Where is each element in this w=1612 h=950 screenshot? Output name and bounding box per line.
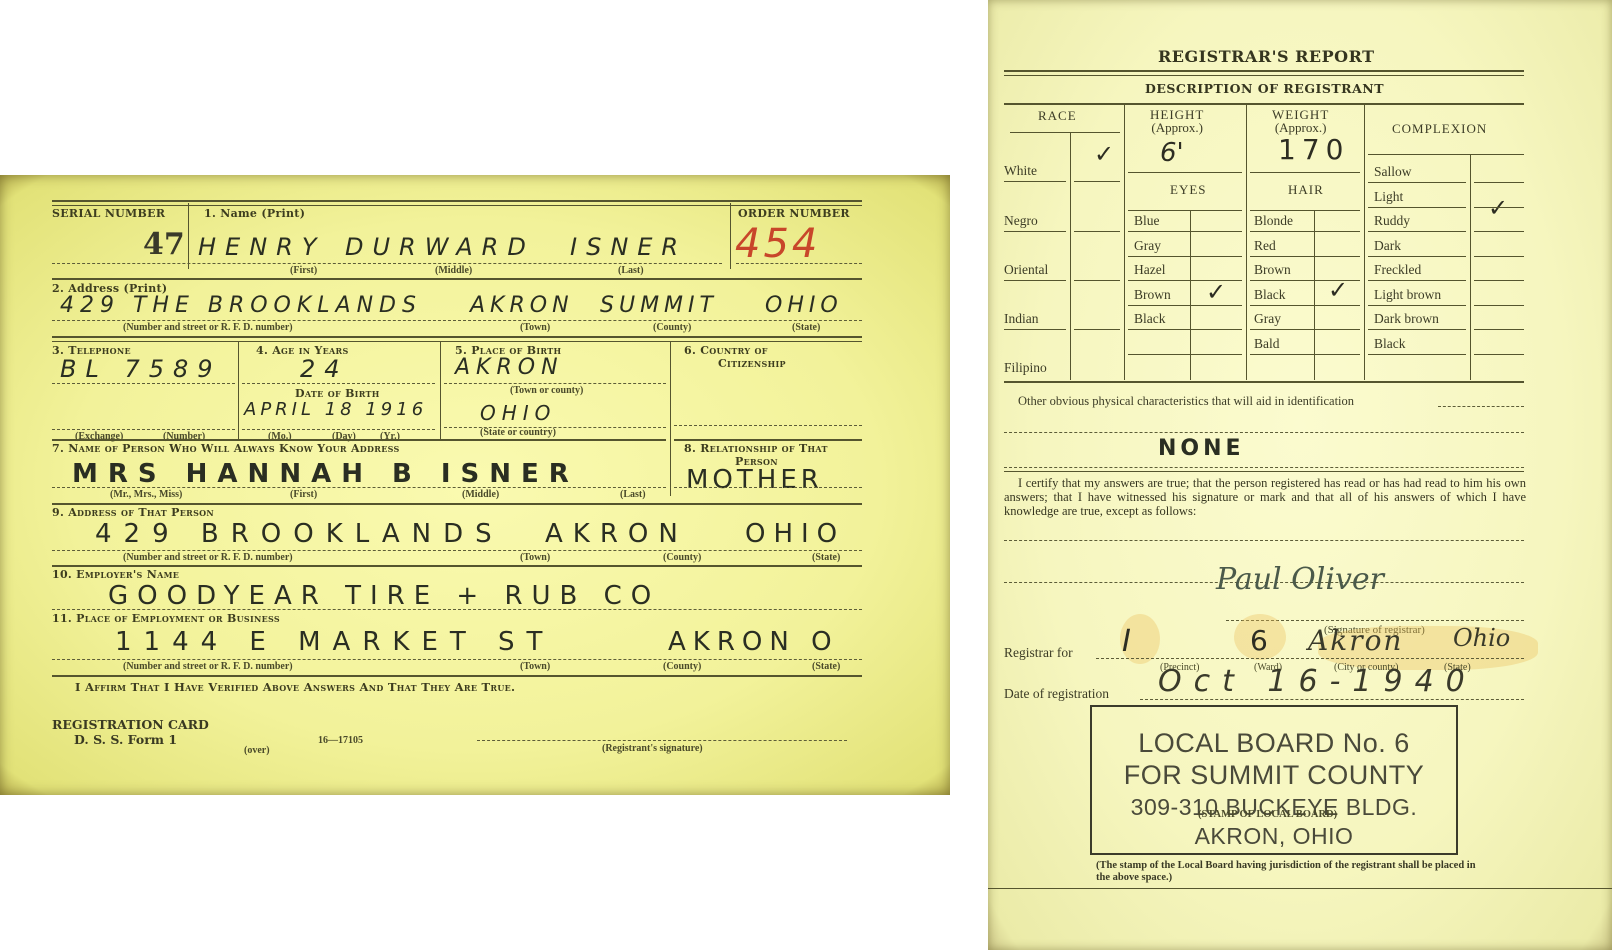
sub-county: (County) [653,322,691,333]
race-negro: Negro [1004,213,1038,229]
divider [1004,432,1524,433]
registrar-state: Ohio [1453,624,1510,652]
divider [238,341,239,441]
divider [1368,354,1466,355]
hair-gray: Gray [1254,311,1281,327]
divider [674,425,862,426]
divider [52,383,235,384]
divider [52,503,862,505]
employment-street: 1144 E MARKET ST [115,627,554,657]
over-label: (over) [244,745,270,756]
divider [1004,471,1524,472]
divider [1250,305,1360,306]
sub-title: (Mr., Mrs., Miss) [110,489,182,500]
relationship-value: MOTHER [686,465,823,495]
sub-state: (State) [812,661,840,672]
height-sub-label: (Approx.) [1150,121,1204,134]
order-number-label: ORDER NUMBER [738,207,850,220]
registrant-signature-line [477,740,847,741]
height-header: HEIGHT (Approx.) [1150,108,1204,134]
divider [1368,329,1466,330]
registrar-city: Akron [1308,624,1403,657]
relationship-label-1: 8. Relationship of That [684,442,828,455]
divider [1250,280,1360,281]
divider [1010,132,1120,133]
place-of-birth-state: OHIO [480,401,556,425]
divider [1096,658,1524,659]
telephone-value: BL 7589 [60,355,222,383]
sub-town: (Town) [520,322,550,333]
eyes-gray: Gray [1134,238,1161,254]
divider [1250,256,1360,257]
complexion-black: Black [1374,336,1406,352]
divider [1250,172,1360,173]
divider [1128,172,1242,173]
divider [1474,207,1524,208]
divider [1124,104,1125,380]
divider [1368,182,1466,183]
eyes-blue: Blue [1134,213,1160,229]
employment-town: AKRON O [668,627,839,657]
divider [242,383,435,384]
affirmation-text: I Affirm That I Have Verified Above Answ… [75,680,515,694]
stamp-text: LOCAL BOARD No. 6 FOR SUMMIT COUNTY 309-… [1092,727,1456,849]
employer-label: 10. Employer's Name [52,568,179,581]
divider [1474,231,1524,232]
sub-last: (Last) [618,265,644,276]
divider [1074,329,1120,330]
divider [1474,256,1524,257]
top-rule [52,200,862,206]
divider [52,565,862,567]
divider [1246,104,1247,380]
other-characteristics-value: NONE [1158,436,1245,461]
race-header: RACE [1038,108,1077,124]
registrar-ward: 6 [1250,624,1268,657]
eyes-header: EYES [1170,182,1207,198]
divider [1004,329,1066,330]
address-state: OHIO [765,293,843,318]
weight-value: 170 [1278,133,1349,166]
other-characteristics-label: Other obvious physical characteristics t… [1018,394,1354,409]
sub-street: (Number and street or R. F. D. number) [123,661,293,672]
registrar-precinct: I [1122,624,1131,659]
divider [1250,329,1360,330]
divider [1250,210,1360,211]
divider [1004,540,1524,541]
divider [1474,280,1524,281]
registrar-signature: Paul Oliver [1216,562,1384,597]
stamp-note: (The stamp of the Local Board having jur… [1096,860,1476,884]
sub-town-county: (Town or county) [510,385,583,396]
hair-blonde: Blonde [1254,213,1293,229]
divider [736,263,862,264]
dob-value: APRIL 18 1916 [244,399,427,420]
race-oriental: Oriental [1004,262,1048,278]
report-title: REGISTRAR'S REPORT [1158,47,1375,66]
divider [52,550,862,551]
sub-street: (Number and street or R. F. D. number) [123,322,293,333]
complexion-header: COMPLEXION [1392,121,1487,137]
divider [444,383,666,384]
divider [52,487,666,488]
report-subtitle: DESCRIPTION OF REGISTRANT [1145,81,1384,96]
sub-town: (Town) [520,661,550,672]
address-town: AKRON [470,293,574,318]
height-value: 6' [1160,138,1184,168]
stamp-label: (STAMP OF LOCAL BOARD) [1198,809,1337,820]
certification-text: I certify that my answers are true; that… [1004,476,1526,518]
divider [52,675,862,677]
stamp-line-1: LOCAL BOARD No. 6 [1092,727,1456,759]
divider [52,336,862,342]
divider [1004,103,1524,105]
sub-first: (First) [290,489,317,500]
stamp-line-4: AKRON, OHIO [1092,823,1456,849]
divider [1368,231,1466,232]
print-code: 16—17105 [318,735,363,746]
divider [1004,231,1066,232]
check-mark-icon: ✓ [1206,278,1226,306]
divider [1128,354,1242,355]
divider [1438,406,1524,407]
complexion-light: Light [1374,189,1403,205]
hair-black: Black [1254,287,1286,303]
divider [52,429,235,430]
citizenship-label-1: 6. Country of [684,344,768,357]
divider [1128,305,1242,306]
divider [1074,231,1120,232]
race-indian: Indian [1004,311,1039,327]
divider [1128,280,1242,281]
eyes-black: Black [1134,311,1166,327]
complexion-dark-brown: Dark brown [1374,311,1439,327]
divider [440,341,441,441]
local-board-stamp-box: LOCAL BOARD No. 6 FOR SUMMIT COUNTY 309-… [1090,705,1458,855]
date-of-registration-label: Date of registration [1004,686,1109,702]
divider [52,320,862,321]
employment-place-label: 11. Place of Employment or Business [52,612,280,625]
address-street: 429 THE BROOKLANDS [60,293,422,318]
divider [1004,280,1066,281]
sub-middle: (Middle) [462,489,499,500]
address-county: SUMMIT [600,293,718,318]
divider [1128,256,1242,257]
name-label: 1. Name (Print) [204,207,305,220]
divider [52,659,862,660]
sub-middle: (Middle) [435,265,472,276]
sub-county: (County) [663,661,701,672]
sub-last: (Last) [620,489,646,500]
divider [1474,182,1524,183]
hair-bald: Bald [1254,336,1280,352]
sub-state: (State) [792,322,820,333]
place-of-birth-town: AKRON [455,355,564,380]
divider [1368,256,1466,257]
contact-address-state: OHIO [745,519,845,549]
divider [1140,699,1524,700]
divider [242,429,435,430]
registrant-signature-label: (Registrant's signature) [602,743,703,754]
registrar-for-label: Registrar for [1004,645,1073,661]
hair-brown: Brown [1254,262,1291,278]
race-white: White [1004,163,1037,179]
contact-person-label: 7. Name of Person Who Will Always Know Y… [52,442,400,455]
divider [1364,104,1365,380]
check-mark-icon: ✓ [1488,194,1508,222]
contact-address-town: AKRON [545,519,688,549]
divider [674,439,862,441]
complexion-freckled: Freckled [1374,262,1421,278]
eyes-brown: Brown [1134,287,1171,303]
complexion-light-brown: Light brown [1374,287,1441,303]
complexion-sallow: Sallow [1374,164,1412,180]
divider [1250,354,1360,355]
check-mark-icon: ✓ [1094,140,1114,168]
eyes-hazel: Hazel [1134,262,1165,278]
divider [1368,154,1524,155]
divider [1250,231,1360,232]
stamp-line-2: FOR SUMMIT COUNTY [1092,759,1456,791]
divider [988,888,1612,889]
divider [1470,155,1471,380]
divider [1004,381,1524,383]
divider [52,439,666,441]
form-id: D. S. S. Form 1 [74,732,177,747]
sub-county: (County) [663,552,701,563]
divider [674,487,862,488]
sub-state: (State) [812,552,840,563]
divider [1070,133,1071,380]
divider [1368,207,1466,208]
divider [1128,329,1242,330]
divider [1474,305,1524,306]
divider [1368,280,1466,281]
sub-state-country: (State or country) [480,427,556,438]
registrars-report-back: REGISTRAR'S REPORT DESCRIPTION OF REGIST… [988,0,1612,950]
divider [1128,231,1242,232]
name-middle: DURWARD [345,233,535,261]
divider [670,341,671,496]
contact-person-value: MRS HANNAH B ISNER [72,459,579,489]
divider [1474,354,1524,355]
divider [1074,181,1120,182]
divider [1368,305,1466,306]
hair-header: HAIR [1288,182,1324,198]
divider [1128,210,1242,211]
order-number-value: 454 [735,221,820,267]
race-filipino: Filipino [1004,360,1047,376]
divider [1004,70,1524,76]
sub-street: (Number and street or R. F. D. number) [123,552,293,563]
divider [1004,467,1524,468]
age-value: 24 [300,355,349,383]
divider [730,203,731,269]
date-of-registration-value: Oct 16-1940 [1158,664,1477,699]
divider [52,263,722,264]
registration-card-front: SERIAL NUMBER 47 1. Name (Print) HENRY D… [0,175,950,795]
complexion-ruddy: Ruddy [1374,213,1410,229]
name-last: ISNER [570,233,687,261]
divider [52,278,862,280]
weight-header: WEIGHT (Approx.) [1272,108,1329,134]
serial-number-label: SERIAL NUMBER [52,207,165,220]
contact-address-label: 9. Address of That Person [52,506,214,519]
hair-red: Red [1254,238,1276,254]
divider [1074,280,1120,281]
contact-address-street: 429 BROOKLANDS [95,519,504,549]
employer-value: GOODYEAR TIRE + RUB CO [108,581,660,611]
serial-number-value: 47 [143,227,185,262]
divider [52,609,862,610]
citizenship-label-2: Citizenship [718,357,786,370]
sub-town: (Town) [520,552,550,563]
divider [188,203,189,269]
divider [1474,329,1524,330]
complexion-dark: Dark [1374,238,1401,254]
form-title: REGISTRATION CARD [52,717,209,732]
name-first: HENRY [198,233,326,261]
sub-first: (First) [290,265,317,276]
divider [1004,181,1066,182]
